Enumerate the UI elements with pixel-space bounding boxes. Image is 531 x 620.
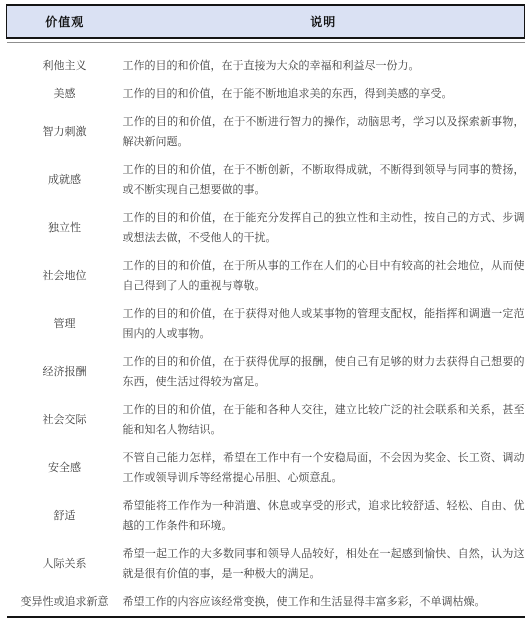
description-cell: 工作的目的和价值，在于直接为大众的幸福和利益尽一份力。 bbox=[123, 43, 525, 81]
table-row: 成就感 工作的目的和价值，在于不断创新，不断取得成就，不断得到领导与同事的赞扬，… bbox=[7, 156, 525, 204]
value-cell: 管理 bbox=[7, 300, 123, 348]
table-body: 利他主义 工作的目的和价值，在于直接为大众的幸福和利益尽一份力。 美感 工作的目… bbox=[7, 38, 525, 617]
value-cell: 美感 bbox=[7, 80, 123, 108]
description-cell: 工作的目的和价值，在于能充分发挥自己的独立性和主动性，按自己的方式、步调或想法去… bbox=[123, 204, 525, 252]
table-row: 变异性或追求新意 希望工作的内容应该经常变换，使工作和生活显得丰富多彩，不单调枯… bbox=[7, 588, 525, 617]
header-row: 价值观 说明 bbox=[7, 5, 525, 38]
description-cell: 工作的目的和价值，在于所从事的工作在人们的心目中有较高的社会地位，从而使自己得到… bbox=[123, 252, 525, 300]
table-row: 利他主义 工作的目的和价值，在于直接为大众的幸福和利益尽一份力。 bbox=[7, 43, 525, 81]
value-cell: 经济报酬 bbox=[7, 348, 123, 396]
table-row: 独立性 工作的目的和价值，在于能充分发挥自己的独立性和主动性，按自己的方式、步调… bbox=[7, 204, 525, 252]
value-cell: 变异性或追求新意 bbox=[7, 588, 123, 617]
value-cell: 利他主义 bbox=[7, 43, 123, 81]
value-cell: 人际关系 bbox=[7, 540, 123, 588]
table-row: 舒适 希望能将工作作为一种消遣、休息或享受的形式，追求比较舒适、轻松、自由、优越… bbox=[7, 492, 525, 540]
values-table: 价值观 说明 利他主义 工作的目的和价值，在于直接为大众的幸福和利益尽一份力。 … bbox=[6, 4, 525, 618]
value-cell: 成就感 bbox=[7, 156, 123, 204]
table-row: 社会交际 工作的目的和价值，在于能和各种人交往，建立比较广泛的社会联系和关系，甚… bbox=[7, 396, 525, 444]
description-cell: 不管自己能力怎样，希望在工作中有一个安稳局面，不会因为奖金、长工资、调动工作或领… bbox=[123, 444, 525, 492]
value-cell: 舒适 bbox=[7, 492, 123, 540]
value-cell: 社会交际 bbox=[7, 396, 123, 444]
description-cell: 工作的目的和价值，在于能不断地追求美的东西，得到美感的享受。 bbox=[123, 80, 525, 108]
document-page: 价值观 说明 利他主义 工作的目的和价值，在于直接为大众的幸福和利益尽一份力。 … bbox=[0, 0, 531, 620]
value-cell: 智力刺激 bbox=[7, 108, 123, 156]
value-cell: 独立性 bbox=[7, 204, 123, 252]
table-row: 管理 工作的目的和价值，在于获得对他人或某事物的管理支配权，能指挥和调遣一定范围… bbox=[7, 300, 525, 348]
description-cell: 工作的目的和价值，在于获得对他人或某事物的管理支配权，能指挥和调遣一定范围内的人… bbox=[123, 300, 525, 348]
table-row: 安全感 不管自己能力怎样，希望在工作中有一个安稳局面，不会因为奖金、长工资、调动… bbox=[7, 444, 525, 492]
description-cell: 希望能将工作作为一种消遣、休息或享受的形式，追求比较舒适、轻松、自由、优越的工作… bbox=[123, 492, 525, 540]
description-cell: 工作的目的和价值，在于能和各种人交往，建立比较广泛的社会联系和关系，甚至能和知名… bbox=[123, 396, 525, 444]
value-cell: 安全感 bbox=[7, 444, 123, 492]
table-header: 价值观 说明 bbox=[7, 5, 525, 38]
table-row: 人际关系 希望一起工作的大多数同事和领导人品较好，相处在一起感到愉快、自然，认为… bbox=[7, 540, 525, 588]
description-cell: 工作的目的和价值，在于不断创新，不断取得成就，不断得到领导与同事的赞扬，或不断实… bbox=[123, 156, 525, 204]
description-cell: 希望一起工作的大多数同事和领导人品较好，相处在一起感到愉快、自然，认为这就是很有… bbox=[123, 540, 525, 588]
table-row: 社会地位 工作的目的和价值，在于所从事的工作在人们的心目中有较高的社会地位，从而… bbox=[7, 252, 525, 300]
description-cell: 希望工作的内容应该经常变换，使工作和生活显得丰富多彩，不单调枯燥。 bbox=[123, 588, 525, 617]
table-row: 经济报酬 工作的目的和价值，在于获得优厚的报酬，使自己有足够的财力去获得自己想要… bbox=[7, 348, 525, 396]
description-cell: 工作的目的和价值，在于不断进行智力的操作，动脑思考，学习以及探索新事物，解决新问… bbox=[123, 108, 525, 156]
column-header-values: 价值观 bbox=[7, 5, 123, 38]
table-row: 美感 工作的目的和价值，在于能不断地追求美的东西，得到美感的享受。 bbox=[7, 80, 525, 108]
table-row: 智力刺激 工作的目的和价值，在于不断进行智力的操作，动脑思考，学习以及探索新事物… bbox=[7, 108, 525, 156]
description-cell: 工作的目的和价值，在于获得优厚的报酬，使自己有足够的财力去获得自己想要的东西，使… bbox=[123, 348, 525, 396]
column-header-description: 说明 bbox=[123, 5, 525, 38]
value-cell: 社会地位 bbox=[7, 252, 123, 300]
